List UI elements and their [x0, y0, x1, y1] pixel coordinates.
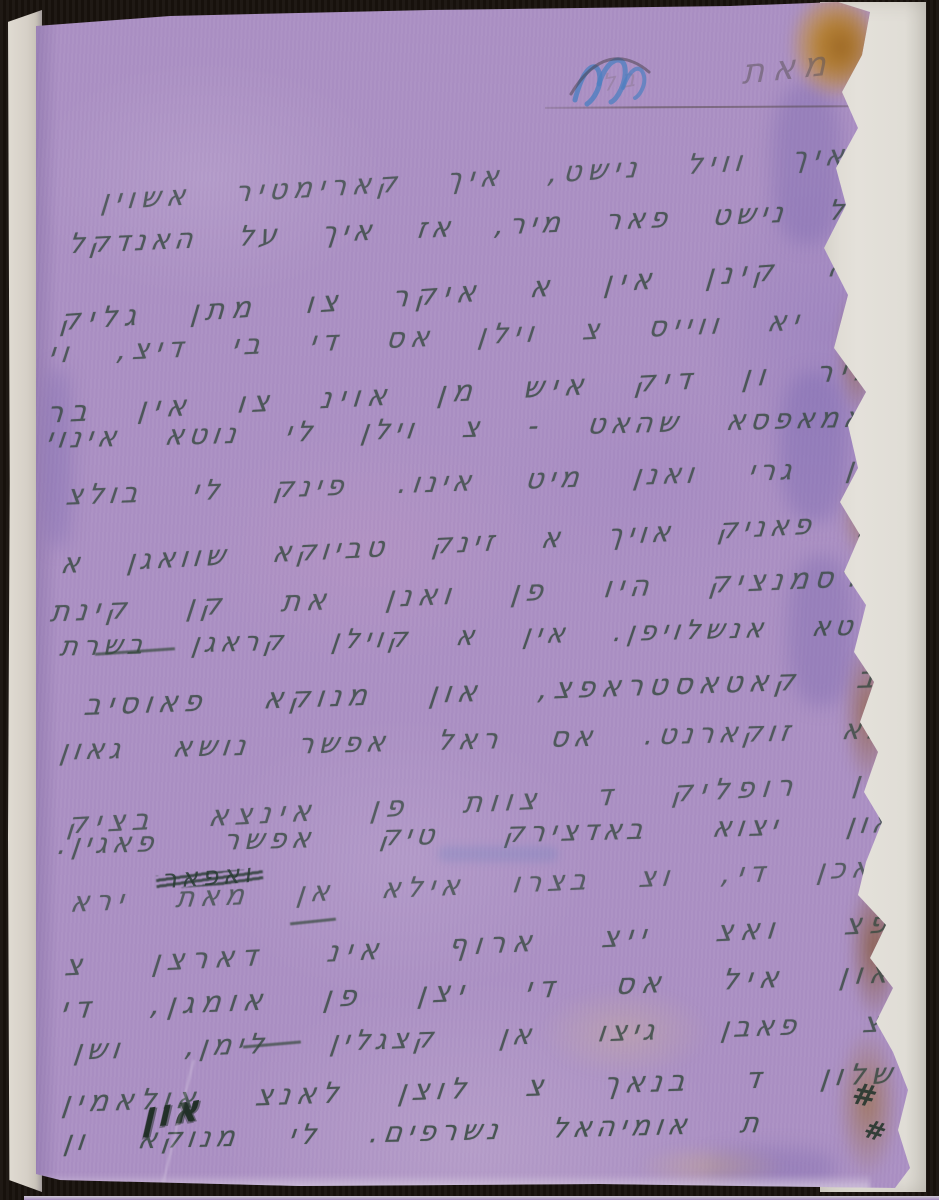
- pencil-heading-word: מאת: [742, 43, 835, 93]
- manuscript-page: מאת בל איך וויל נישט, איך קארימטיר אשוין…: [30, 0, 914, 1194]
- blue-pencil-mark-icon: [565, 42, 657, 114]
- violet-streak: [780, 372, 848, 522]
- handwriting-line: יוא זוקארנט. אס ראל אפשר נושא גאון: [58, 712, 893, 767]
- underline-mark: [290, 918, 336, 926]
- violet-streak: [706, 1148, 836, 1188]
- hash-mark: #: [860, 1114, 886, 1148]
- scan-background: מאת בל איך וויל נישט, איך קארימטיר אשוין…: [0, 0, 939, 1200]
- bottom-torn-fringe: [40, 1174, 870, 1190]
- handwriting-line: קן גרי ואנן מיט אינו. פינק לי בולצ: [64, 450, 886, 512]
- stain: [636, 1144, 786, 1188]
- next-page-sliver: [24, 1196, 939, 1200]
- handwriting-line: ב קאטאסטראפצ, און מנוקא פאוסיב: [82, 660, 882, 722]
